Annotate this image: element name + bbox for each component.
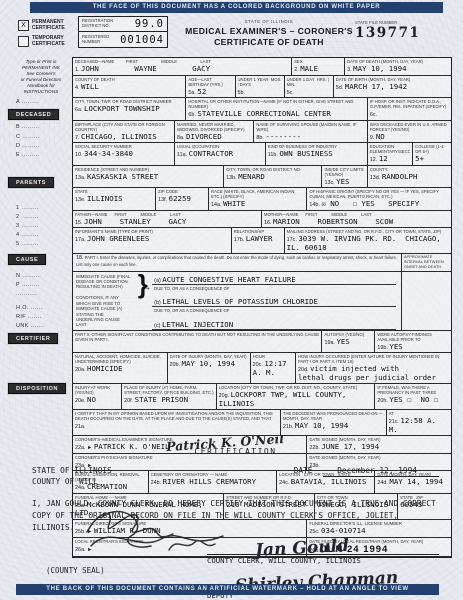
field-residence-county-value: 13d. RANDOLPH: [370, 173, 449, 182]
item-number: 11b.: [268, 152, 280, 158]
form-row: COUNTY OF DEATH4. WILLAGE—LAST BIRTHDAY …: [73, 76, 451, 99]
item-number: 12.: [370, 157, 379, 163]
field-hispanic-origin: OF HISPANIC ORIGIN? (SPECIFY NO OR YES —…: [307, 188, 451, 210]
part1-header: 18. PART I. Enter the diseases, injuries…: [73, 254, 451, 271]
form-row: FATHER—NAME FIRST MIDDLE LAST15. JOHN ST…: [73, 211, 451, 229]
conditions-label: CONDITIONS, IF ANY WHICH GIVE RISE TO IM…: [76, 295, 132, 327]
field-race-value: 14a. WHITE: [211, 200, 304, 209]
margin-code-p: P .........: [16, 282, 39, 288]
field-place-of-injury-label: PLACE OF INJURY (AT HOME, FARM, STREET, …: [124, 385, 214, 395]
field-under-1-day: UNDER 1 DAY HRS. | MIN.5c.: [285, 76, 334, 98]
field-place-of-injury: PLACE OF INJURY (AT HOME, FARM, STREET, …: [122, 384, 217, 409]
field-residence-street: RESIDENCE (STREET AND NUMBER)13a. KASKAS…: [73, 166, 224, 188]
field-armed-forces-value: 9. NO: [370, 133, 449, 142]
field-under-1-year-label: UNDER 1 YEAR MOS. | DAYS: [238, 77, 282, 87]
field-mother-name-value: 16. MARION ROBERTSON SCOW: [264, 218, 449, 227]
item-number: 13d.: [370, 175, 382, 181]
title-line-2: CERTIFICATE OF DEATH: [176, 37, 362, 48]
field-injury-location-value: 20g. LOCKPORT TWP, WILL COUNTY, ILLINOIS: [219, 391, 373, 408]
permanent-certificate-row: X PERMANENT CERTIFICATE: [18, 20, 76, 31]
field-city-town-value: 6a. LOCKPORT TOWNSHIP: [75, 105, 183, 114]
certification-body-text: I, JAN GOULD, COUNTY CLERK, DO HEREBY CE…: [32, 498, 439, 534]
field-date-of-death-value: 3. MAY 10, 1994: [347, 65, 449, 74]
item-number: 17a.: [75, 237, 87, 243]
form-row: RESIDENCE (STREET AND NUMBER)13a. KASKAS…: [73, 166, 451, 189]
registration-district-row: REGISTRATION DISTRICT NO. 99.0: [79, 17, 167, 32]
deceased-parents-grid: DECEASED—NAME FIRST MIDDLE LAST1. JOHN W…: [73, 58, 451, 254]
item-number: 5d.: [336, 85, 345, 91]
field-under-1-year: UNDER 1 YEAR MOS. | DAYS5b.: [236, 76, 285, 98]
field-zip: ZIP CODE13f. 62259: [156, 188, 209, 210]
cause-labels: IMMEDIATE CAUSE (FINAL DISEASE OR CONDIT…: [73, 272, 133, 330]
field-informant-name-value: 17a. JOHN GREENLEES: [75, 235, 229, 244]
registration-district-value: 99.0: [135, 18, 164, 30]
state-file-block: STATE FILE NUMBER 139771: [355, 20, 451, 41]
field-place-of-injury-value: 20f. STATE PRISON: [124, 396, 214, 405]
margin-code-ho: H.O. ......: [16, 305, 42, 311]
form-row: NATURAL, ACCIDENT, HOMICIDE, SUICIDE, UN…: [73, 353, 451, 384]
field-injury-at-work-label: INJURY AT WORK (YES/NO): [75, 385, 119, 395]
cause-line-b: (b) LETHAL LEVELS OF POTASSIUM CHLORIDED…: [152, 297, 401, 315]
field-pregnancy: IF FEMALE, WAS THERE A PREGNANCY IN PAST…: [375, 384, 451, 409]
registered-number-label: REGISTERED NUMBER: [82, 35, 118, 45]
permanent-certificate-label: PERMANENT CERTIFICATE: [32, 20, 65, 31]
field-hospital-status-label: IF HOSP. OR INST. INDICATE D.O.A., O.P./…: [370, 99, 449, 109]
field-hospital-status: IF HOSP. OR INST. INDICATE D.O.A., O.P./…: [368, 98, 451, 120]
item-number: 11a.: [177, 152, 189, 158]
field-zip-value: 13f. 62259: [158, 195, 206, 204]
item-number: 20a.: [75, 367, 87, 373]
field-marital-status-value: 8a. DIVORCED: [177, 133, 251, 142]
field-education-elementary-label: EDUCATION ELEMENTARY/SECONDARY (0-12): [370, 144, 410, 154]
field-autopsy-findings-label: WERE AUTOPSY FINDINGS AVAILABLE PRIOR TO…: [377, 332, 449, 342]
state-of-illinois-label: STATE OF ILLINOIS: [176, 19, 362, 24]
field-education-college: COLLEGE (1-4 OR 5+)5+: [413, 143, 451, 165]
temporary-certificate-label: TEMPORARY CERTIFICATE: [32, 36, 65, 47]
field-county-of-death: COUNTY OF DEATH4. WILL: [73, 76, 186, 98]
certification-county-line: COUNTY OF WILL: [32, 476, 112, 487]
field-manner-of-death-label: NATURAL, ACCIDENT, HOMICIDE, SUICIDE, UN…: [75, 354, 165, 364]
item-number: 19a.: [324, 340, 336, 346]
margin-code-unk: UNK .......: [16, 323, 44, 329]
field-certify-statement: I CERTIFY THAT IN MY OPINION BASED UPON …: [73, 410, 281, 435]
brace-arrow-glyph: } →: [133, 272, 152, 330]
margin-number-1: 1 .........: [16, 205, 39, 211]
margin-code-rif: RIF .......: [16, 314, 41, 320]
field-autopsy: AUTOPSY (YES/NO)19a. YES: [322, 331, 375, 353]
form-row: CITY, TOWN, TWP. OR ROAD DISTRICT NUMBER…: [73, 98, 451, 121]
field-pronounced-time: AT21c. 12:58 A. M.: [387, 410, 451, 435]
certification-date-value: December 12, 1994: [323, 465, 439, 477]
field-education-college-label: COLLEGE (1-4 OR 5+): [415, 144, 449, 154]
field-armed-forces-label: WAS DECEASED EVER IN U.S. ARMED FORCES? …: [370, 122, 449, 132]
certification-state-line: STATE OF ILLINOIS: [32, 465, 112, 476]
field-occupation: USUAL OCCUPATION11a. CONTRACTOR: [175, 143, 266, 165]
field-inside-city-limits-value: 13c. YES: [324, 178, 364, 187]
item-number: 21a.: [75, 424, 86, 430]
section-tab-deceased: DECEASED: [8, 109, 59, 120]
item-number: 15.: [75, 220, 84, 226]
certification-section: CERTIFICATION STATE OF ILLINOIS COUNTY O…: [32, 447, 439, 600]
certification-date: DATE December 12, 1994: [294, 465, 439, 488]
field-residence-city: CITY, TOWN, OR ROAD DISTRICT NO.13b. MEN…: [224, 166, 322, 188]
field-residence-county: COUNTY13d. RANDOLPH: [368, 166, 451, 188]
item-number: 13b.: [226, 175, 238, 181]
bottom-banner: THE BACK OF THIS DOCUMENT CONTAINS AN AR…: [16, 584, 439, 595]
field-business-value: 11b. OWN BUSINESS: [268, 150, 365, 159]
margin-letter-e: E .........: [16, 152, 39, 158]
field-birthplace-label: BIRTHPLACE (CITY AND STATE OR FOREIGN CO…: [75, 122, 172, 132]
document-title: MEDICAL EXAMINER'S – CORONER'S CERTIFICA…: [176, 26, 362, 48]
form-row: SOCIAL SECURITY NUMBER10. 344-34-3840USU…: [73, 143, 451, 166]
interval-column: [401, 272, 451, 330]
interval-label: APPROXIMATE INTERVAL BETWEEN ONSET AND D…: [402, 254, 451, 270]
part1-number: 18.: [76, 255, 84, 261]
item-number: 20e.: [75, 398, 87, 404]
death-certificate-document: THE FACE OF THIS DOCUMENT HAS A COLORED …: [0, 0, 463, 600]
field-education-elementary: EDUCATION ELEMENTARY/SECONDARY (0-12)12.…: [368, 143, 413, 165]
item-number: 17b.: [234, 237, 246, 243]
field-education-elementary-value: 12. 12: [370, 155, 410, 164]
field-armed-forces: WAS DECEASED EVER IN U.S. ARMED FORCES? …: [368, 121, 451, 143]
form-row: DECEASED—NAME FIRST MIDDLE LAST1. JOHN W…: [73, 58, 451, 76]
item-number: 14a.: [211, 202, 223, 208]
margin-number-2: 2 .........: [16, 214, 39, 220]
margin-letter-b: B .........: [16, 124, 39, 130]
top-banner: THE FACE OF THIS DOCUMENT HAS A COLORED …: [30, 2, 443, 13]
state-file-number: 139771: [355, 25, 451, 41]
margin-code-n: N .........: [16, 273, 40, 279]
field-father-name-value: 15. JOHN STANLEY GACY: [75, 218, 259, 227]
field-pronounced-dead-on: THE DECEDENT WAS PRONOUNCED DEAD ON — MO…: [281, 410, 387, 435]
field-surviving-spouse-value: 8b. --------: [256, 133, 364, 142]
field-residence-state: STATE13e. ILLINOIS: [73, 188, 156, 210]
item-number: 20h.: [377, 398, 389, 404]
field-pregnancy-value: 20h. YES ☐ NO ☐: [377, 396, 449, 405]
certification-date-label: DATE: [294, 466, 313, 475]
field-part2-conditions: PART II. OTHER SIGNIFICANT CONDITIONS CO…: [73, 331, 322, 353]
field-county-of-death-value: 4. WILL: [75, 83, 183, 92]
margin-letter-d: D .........: [16, 143, 40, 149]
margin-letter-a: A .........: [16, 99, 39, 105]
field-mother-name: MOTHER—NAME FIRST MIDDLE LAST16. MARION …: [262, 211, 451, 228]
field-age-label: AGE—LAST BIRTHDAY (YRS.): [188, 77, 232, 87]
form-row: BIRTHPLACE (CITY AND STATE OR FOREIGN CO…: [73, 121, 451, 144]
field-manner-of-death: NATURAL, ACCIDENT, HOMICIDE, SUICIDE, UN…: [73, 353, 168, 383]
field-informant-relationship-value: 17b. LAWYER: [234, 235, 282, 244]
field-ssn-value: 10. 344-34-3840: [75, 150, 172, 159]
field-age-value: 5a. 52: [188, 88, 232, 97]
field-under-1-day-label: UNDER 1 DAY HRS. | MIN.: [287, 77, 331, 87]
section-tab-disposition: DISPOSITION: [8, 383, 66, 394]
due-to-label: DUE TO, OR AS A CONSEQUENCE OF: [152, 285, 401, 293]
field-injury-at-work: INJURY AT WORK (YES/NO)20e. NO: [73, 384, 122, 409]
field-date-of-death: DATE OF DEATH (MONTH, DAY, YEAR)3. MAY 1…: [345, 58, 451, 75]
field-surviving-spouse-label: NAME OF SURVIVING SPOUSE (MAIDEN NAME, I…: [256, 122, 364, 132]
field-certify-statement-value: 21a.: [75, 422, 278, 431]
field-business: KIND OF BUSINESS OR INDUSTRY11b. OWN BUS…: [266, 143, 368, 165]
immediate-cause-label: IMMEDIATE CAUSE (FINAL DISEASE OR CONDIT…: [76, 274, 132, 290]
form-row: PART II. OTHER SIGNIFICANT CONDITIONS CO…: [73, 331, 451, 354]
field-informant-address: MAILING ADDRESS (STREET AND NO. OR R.F.D…: [285, 228, 451, 253]
field-how-injury-occurred-label: HOW INJURY OCCURRED (ENTER NATURE OF INJ…: [298, 354, 449, 364]
cause-lines: (a) ACUTE CONGESTIVE HEART FAILUREDUE TO…: [152, 272, 401, 330]
field-sex-value: 2. MALE: [294, 65, 342, 74]
certificate-type-block: X PERMANENT CERTIFICATE TEMPORARY CERTIF…: [18, 20, 76, 52]
item-number: 5c.: [287, 90, 294, 96]
item-number: 13f.: [158, 197, 169, 203]
margin-number-4: 4 .........: [16, 232, 39, 238]
field-part2-conditions-label: PART II. OTHER SIGNIFICANT CONDITIONS CO…: [75, 332, 319, 342]
item-number: 20b.: [170, 362, 182, 368]
field-inside-city-limits-label: INSIDE CITY LIMITS (YES/NO): [324, 167, 364, 177]
field-date-of-birth: DATE OF BIRTH (MONTH, DAY, YEAR)5d. MARC…: [334, 76, 451, 98]
due-to-label: DUE TO, OR AS A CONSEQUENCE OF: [152, 307, 401, 315]
margin-letter-c: C .........: [16, 134, 40, 140]
field-autopsy-findings: WERE AUTOPSY FINDINGS AVAILABLE PRIOR TO…: [375, 331, 451, 353]
field-certify-statement-label: I CERTIFY THAT IN MY OPINION BASED UPON …: [75, 411, 278, 421]
field-residence-state-value: 13e. ILLINOIS: [75, 195, 153, 204]
temporary-certificate-row: TEMPORARY CERTIFICATE: [18, 36, 76, 47]
field-autopsy-value: 19a. YES: [324, 338, 372, 347]
cause-of-death-block: 18. PART I. Enter the diseases, injuries…: [73, 254, 451, 330]
field-deceased-name-value: 1. JOHN WAYNE GACY: [75, 65, 289, 74]
field-pronounced-dead-on-label: THE DECEDENT WAS PRONOUNCED DEAD ON — MO…: [283, 411, 384, 421]
field-pronounced-time-value: 21c. 12:58 A. M.: [389, 417, 449, 434]
certification-heading: CERTIFICATION: [32, 447, 439, 456]
field-autopsy-findings-value: 19b. YES: [377, 343, 449, 352]
field-sex: SEX2. MALE: [292, 58, 345, 75]
field-surviving-spouse: NAME OF SURVIVING SPOUSE (MAIDEN NAME, I…: [254, 121, 367, 143]
field-how-injury-occurred: HOW INJURY OCCURRED (ENTER NATURE OF INJ…: [296, 353, 451, 383]
field-date-of-injury-value: 20b. MAY 10, 1994: [170, 360, 248, 369]
field-hispanic-origin-value: 14b. ☒ NO ☐ YES SPECIFY: [309, 200, 449, 209]
permanent-checkbox: X: [18, 20, 29, 31]
margin-number-3: 3 .........: [16, 223, 39, 229]
item-number: 10.: [75, 152, 84, 158]
item-number: 13c.: [324, 180, 336, 186]
margin-code-blank: ...........: [16, 291, 37, 297]
item-number: 21b.: [283, 424, 295, 430]
field-inside-city-limits: INSIDE CITY LIMITS (YES/NO)13c. YES: [322, 166, 367, 188]
field-under-1-year-value: 5b.: [238, 88, 282, 97]
item-number: 8a.: [177, 135, 186, 141]
field-hour-of-injury: HOUR20c. 12:17 A. M.: [251, 353, 296, 383]
title-line-1: MEDICAL EXAMINER'S – CORONER'S: [176, 26, 362, 37]
field-marital-status: MARRIED, NEVER MARRIED, WIDOWED, DIVORCE…: [175, 121, 254, 143]
field-education-college-value: 5+: [415, 155, 449, 164]
field-informant-name: INFORMANT'S NAME (TYPE OR PRINT)17a. JOH…: [73, 228, 232, 253]
field-occupation-value: 11a. CONTRACTOR: [177, 150, 263, 159]
certificate-header: X PERMANENT CERTIFICATE TEMPORARY CERTIF…: [18, 15, 453, 57]
section-tab-certifier: CERTIFIER: [8, 333, 58, 344]
field-how-injury-occurred-value: 20d. victim injected with lethal drugs p…: [298, 365, 449, 382]
item-number: 6a.: [75, 107, 84, 113]
field-age: AGE—LAST BIRTHDAY (YRS.)5a. 52: [186, 76, 235, 98]
field-date-of-injury: DATE OF INJURY (MONTH, DAY, YEAR)20b. MA…: [168, 353, 251, 383]
form-row: INJURY AT WORK (YES/NO)20e. NOPLACE OF I…: [73, 384, 451, 410]
certification-state-date-row: STATE OF ILLINOIS COUNTY OF WILL DATE De…: [32, 465, 439, 488]
field-date-of-birth-value: 5d. MARCH 17, 1942: [336, 83, 449, 92]
left-margin-column: Type or Print in PERMANENT INK See Coron…: [2, 57, 70, 445]
registration-district-label: REGISTRATION DISTRICT NO.: [82, 19, 118, 29]
item-number: 5b.: [238, 90, 246, 96]
field-hospital-value: 6b. STATEVILLE CORRECTIONAL CENTER: [188, 110, 364, 119]
form-row: INFORMANT'S NAME (TYPE OR PRINT)17a. JOH…: [73, 228, 451, 254]
field-injury-at-work-value: 20e. NO: [75, 396, 119, 405]
field-injury-location: LOCATION (CITY OR TOWN, TWP. OR RD. DIST…: [217, 384, 376, 409]
field-hospital-label: HOSPITAL OR OTHER INSTITUTION—NAME (IF N…: [188, 99, 364, 109]
field-residence-street-value: 13a. KASKASKIA STREET: [75, 173, 221, 182]
item-number: 20f.: [124, 398, 135, 404]
field-marital-status-label: MARRIED, NEVER MARRIED, WIDOWED, DIVORCE…: [177, 122, 251, 132]
temporary-checkbox: [18, 36, 29, 47]
section-tab-parents: PARENTS: [8, 177, 54, 188]
field-father-name: FATHER—NAME FIRST MIDDLE LAST15. JOHN ST…: [73, 211, 262, 228]
cause-line-c: (c) LETHAL INJECTION: [152, 320, 401, 330]
registration-box: REGISTRATION DISTRICT NO. 99.0 REGISTERE…: [78, 16, 168, 48]
field-hospital: HOSPITAL OR OTHER INSTITUTION—NAME (IF N…: [186, 98, 367, 120]
item-number: 13e.: [75, 197, 87, 203]
field-race: RACE (WHITE, BLACK, AMERICAN INDIAN, ETC…: [209, 188, 307, 210]
item-number: 14b.: [309, 202, 321, 208]
field-pronounced-dead-on-value: 21b. MAY 10, 1994: [283, 422, 384, 431]
item-number: 19b.: [377, 345, 389, 351]
field-city-town: CITY, TOWN, TWP. OR ROAD DISTRICT NUMBER…: [73, 98, 186, 120]
instructions-note: Type or Print in PERMANENT INK See Coron…: [14, 59, 68, 95]
registered-number-row: REGISTERED NUMBER 001004: [79, 32, 167, 47]
field-ssn: SOCIAL SECURITY NUMBER10. 344-34-3840: [73, 143, 175, 165]
margin-number-5: 5 .........: [16, 241, 39, 247]
field-birthplace-value: 7. CHICAGO, ILLINOIS: [75, 133, 172, 142]
registered-number-value: 001004: [120, 34, 164, 46]
field-manner-of-death-value: 20a. HOMICIDE: [75, 365, 165, 374]
part1-instructions: 18. PART I. Enter the diseases, injuries…: [73, 254, 402, 270]
item-number: 13a.: [75, 175, 87, 181]
cause-line-a: (a) ACUTE CONGESTIVE HEART FAILUREDUE TO…: [152, 275, 401, 293]
section-tab-cause: CAUSE: [8, 254, 46, 265]
form-row: STATE13e. ILLINOISZIP CODE13f. 62259RACE…: [73, 188, 451, 211]
field-residence-city-value: 13b. MENARD: [226, 173, 319, 182]
field-informant-address-value: 17c. 3039 W. IRVING PK. RD. CHICAGO, IL.…: [287, 235, 449, 252]
form-row: I CERTIFY THAT IN MY OPINION BASED UPON …: [73, 410, 451, 436]
state-county-block: STATE OF ILLINOIS COUNTY OF WILL: [32, 465, 112, 488]
field-hour-of-injury-value: 20c. 12:17 A. M.: [253, 360, 293, 377]
field-hospital-status-value: 6c.: [370, 110, 449, 119]
field-hispanic-origin-label: OF HISPANIC ORIGIN? (SPECIFY NO OR YES —…: [309, 189, 449, 199]
field-informant-relationship: RELATIONSHIP17b. LAWYER: [232, 228, 285, 253]
item-number: 6c.: [370, 112, 377, 118]
cause-body: IMMEDIATE CAUSE (FINAL DISEASE OR CONDIT…: [73, 272, 451, 331]
field-pregnancy-label: IF FEMALE, WAS THERE A PREGNANCY IN PAST…: [377, 385, 449, 395]
field-race-label: RACE (WHITE, BLACK, AMERICAN INDIAN, ETC…: [211, 189, 304, 199]
part1-label: PART I. Enter the diseases, injuries, or…: [76, 255, 397, 266]
field-deceased-name: DECEASED—NAME FIRST MIDDLE LAST1. JOHN W…: [73, 58, 292, 75]
field-birthplace: BIRTHPLACE (CITY AND STATE OR FOREIGN CO…: [73, 121, 175, 143]
title-block: STATE OF ILLINOIS MEDICAL EXAMINER'S – C…: [176, 19, 362, 48]
item-number: 16.: [264, 220, 273, 226]
field-under-1-day-value: 5c.: [287, 88, 331, 97]
